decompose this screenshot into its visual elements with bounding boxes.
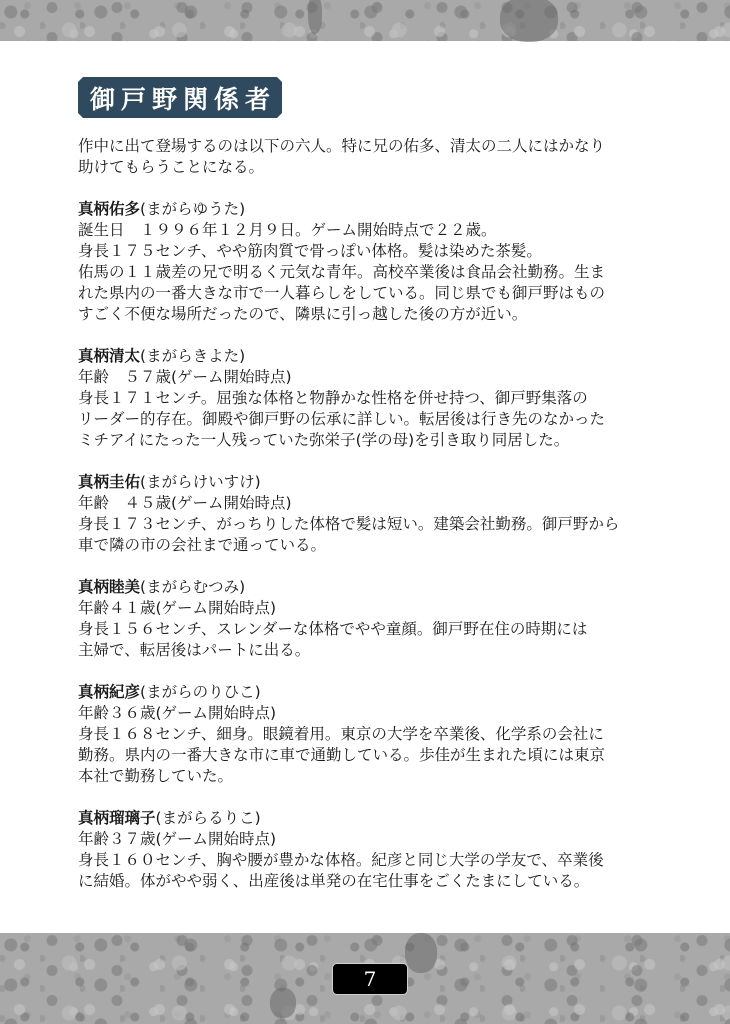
person-entry-ruriko: 真柄瑠璃子(まがらるりこ) 年齢３７歳(ゲーム開始時点) 身長１６０センチ、胸や… (78, 808, 678, 892)
person-heading: 真柄睦美(まがらむつみ) (78, 577, 678, 598)
person-name: 真柄睦美 (78, 578, 140, 596)
person-entry-norihiko: 真柄紀彦(まがらのりひこ) 年齢３６歳(ゲーム開始時点) 身長１６８センチ、細身… (78, 682, 678, 787)
person-heading: 真柄清太(まがらきよた) (78, 346, 678, 367)
person-line: 佑馬の１１歳差の兄で明るく元気な青年。高校卒業後は食品会社勤務。生ま (78, 262, 678, 283)
page-number: 7 (364, 967, 377, 991)
person-reading: (まがらきよた) (140, 347, 245, 365)
person-name: 真柄圭佑 (78, 473, 140, 491)
person-entry-keisuke: 真柄圭佑(まがらけいすけ) 年齢 ４５歳(ゲーム開始時点) 身長１７３センチ、が… (78, 472, 678, 556)
person-line: 主婦で、転居後はパートに出る。 (78, 640, 678, 661)
section-title-box: 御戸野関係者 (78, 77, 282, 118)
person-heading: 真柄瑠璃子(まがらるりこ) (78, 808, 678, 829)
person-line: 身長１６８センチ、細身。眼鏡着用。東京の大学を卒業後、化学系の会社に (78, 724, 678, 745)
person-reading: (まがらのりひこ) (140, 683, 261, 701)
person-reading: (まがらけいすけ) (140, 473, 261, 491)
page-number-badge: 7 (332, 963, 408, 995)
person-reading: (まがらむつみ) (140, 578, 245, 596)
person-line: 年齢 ５７歳(ゲーム開始時点) (78, 367, 678, 388)
person-line: 身長１６０センチ、胸や腰が豊かな体格。紀彦と同じ大学の学友で、卒業後 (78, 850, 678, 871)
section-title: 御戸野関係者 (84, 80, 276, 116)
person-line: 年齢 ４５歳(ゲーム開始時点) (78, 493, 678, 514)
person-line: リーダー的存在。御殿や御戸野の伝承に詳しい。転居後は行き先のなかった (78, 409, 678, 430)
document-body: 作中に出て登場するのは以下の六人。特に兄の佑多、清太の二人にはかなり 助けてもら… (78, 136, 678, 913)
person-line: 年齢３６歳(ゲーム開始時点) (78, 703, 678, 724)
person-line: 誕生日 １９９６年１２月９日。ゲーム開始時点で２２歳。 (78, 220, 678, 241)
person-line: すごく不便な場所だったので、隣県に引っ越した後の方が近い。 (78, 304, 678, 325)
person-entry-kiyota: 真柄清太(まがらきよた) 年齢 ５７歳(ゲーム開始時点) 身長１７１センチ。屈強… (78, 346, 678, 451)
person-line: 車で隣の市の会社まで通っている。 (78, 535, 678, 556)
person-line: 身長１７１センチ。屈強な体格と物静かな性格を併せ持つ、御戸野集落の (78, 388, 678, 409)
person-line: 身長１７３センチ、がっちりした体格で髪は短い。建築会社勤務。御戸野から (78, 514, 678, 535)
person-name: 真柄瑠璃子 (78, 809, 156, 827)
person-name: 真柄清太 (78, 347, 140, 365)
person-name: 真柄佑多 (78, 200, 140, 218)
top-texture-band (0, 0, 730, 41)
intro-line: 助けてもらうことになる。 (78, 157, 678, 178)
person-line: 年齢３７歳(ゲーム開始時点) (78, 829, 678, 850)
person-line: に結婚。体がやや弱く、出産後は単発の在宅仕事をごくたまにしている。 (78, 871, 678, 892)
texture-stain (500, 0, 558, 42)
person-line: ミチアイにたった一人残っていた弥栄子(学の母)を引き取り同居した。 (78, 430, 678, 451)
person-entry-mutsumi: 真柄睦美(まがらむつみ) 年齢４１歳(ゲーム開始時点) 身長１５６センチ、スレン… (78, 577, 678, 661)
person-line: 勤務。県内の一番大きな市に車で通勤している。歩佳が生まれた頃には東京 (78, 745, 678, 766)
person-line: 本社で勤務していた。 (78, 766, 678, 787)
intro-line: 作中に出て登場するのは以下の六人。特に兄の佑多、清太の二人にはかなり (78, 136, 678, 157)
person-heading: 真柄圭佑(まがらけいすけ) (78, 472, 678, 493)
person-line: 身長１５６センチ、スレンダーな体格でやや童顔。御戸野在住の時期には (78, 619, 678, 640)
person-line: れた県内の一番大きな市で一人暮らしをしている。同じ県でも御戸野はもの (78, 283, 678, 304)
person-heading: 真柄佑多(まがらゆうた) (78, 199, 678, 220)
person-reading: (まがらるりこ) (156, 809, 261, 827)
person-line: 身長１７５センチ、やや筋肉質で骨っぽい体格。髪は染めた茶髪。 (78, 241, 678, 262)
intro-paragraph: 作中に出て登場するのは以下の六人。特に兄の佑多、清太の二人にはかなり 助けてもら… (78, 136, 678, 178)
person-reading: (まがらゆうた) (140, 200, 245, 218)
texture-stain (405, 933, 437, 973)
person-line: 年齢４１歳(ゲーム開始時点) (78, 598, 678, 619)
person-heading: 真柄紀彦(まがらのりひこ) (78, 682, 678, 703)
texture-stain (308, 0, 322, 34)
person-name: 真柄紀彦 (78, 683, 140, 701)
person-entry-yuta: 真柄佑多(まがらゆうた) 誕生日 １９９６年１２月９日。ゲーム開始時点で２２歳。… (78, 199, 678, 325)
texture-stain (270, 988, 296, 1018)
